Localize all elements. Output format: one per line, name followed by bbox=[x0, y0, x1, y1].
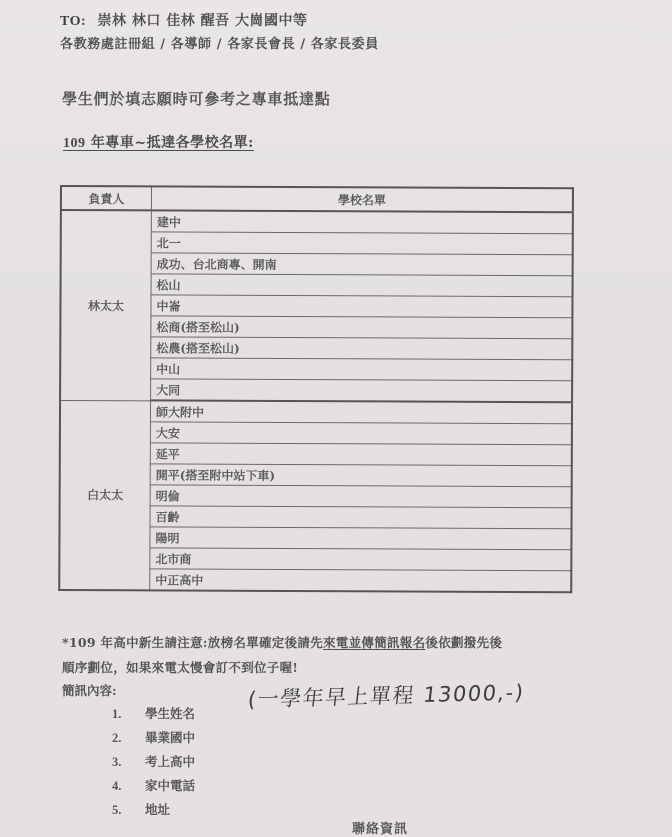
recipients-line: TO: 崇林 林口 佳林 醒吾 大崗國中等 bbox=[60, 10, 308, 30]
school-cell: 北一 bbox=[151, 232, 573, 255]
school-cell: 大安 bbox=[150, 422, 572, 445]
school-cell: 師大附中 bbox=[150, 400, 572, 423]
notice-prefix: *109 年高中新生請注意:放榜名單確定後請先 bbox=[62, 635, 323, 650]
item-number: 2. bbox=[112, 731, 145, 746]
list-item: 4.家中電話 bbox=[112, 776, 195, 800]
school-cell: 陽明 bbox=[150, 527, 572, 550]
item-text: 地址 bbox=[145, 802, 170, 817]
table-header-row: 負責人 學校名單 bbox=[61, 186, 573, 212]
school-cell: 中正高中 bbox=[150, 569, 572, 592]
school-bus-table: 負責人 學校名單 林太太 建中 北一 成功、台北商專、開南 松山 中崙 松商(搭… bbox=[58, 185, 574, 593]
header-schools: 學校名單 bbox=[151, 186, 573, 212]
school-cell: 松商(搭至松山) bbox=[151, 316, 573, 339]
to-label: TO: bbox=[60, 14, 86, 29]
sms-content-label: 簡訊內容: bbox=[62, 681, 117, 699]
header-person: 負責人 bbox=[61, 186, 152, 210]
contact-info-heading: 聯絡資訊 bbox=[352, 818, 408, 837]
item-text: 考上高中 bbox=[145, 754, 195, 769]
list-item: 1.學生姓名 bbox=[112, 704, 195, 728]
school-cell: 成功、台北商專、開南 bbox=[151, 253, 573, 276]
person-cell: 白太太 bbox=[59, 400, 150, 590]
registration-notice-line2: 順序劃位，如果來電太慢會訂不到位子喔! bbox=[62, 658, 298, 676]
subtitle-year: 109 bbox=[63, 136, 86, 151]
recipients-schools: 崇林 林口 佳林 醒吾 大崗國中等 bbox=[98, 13, 308, 29]
school-cell: 中山 bbox=[151, 358, 573, 381]
school-cell: 中崙 bbox=[151, 295, 573, 318]
cc-line: 各教務處註冊組 / 各導師 / 各家長會長 / 各家長委員 bbox=[60, 33, 379, 52]
notice-underlined: 來電並傳簡訊報名 bbox=[323, 635, 425, 650]
school-cell: 松農(搭至松山) bbox=[151, 337, 573, 360]
notice-suffix: 後依劃撥先後 bbox=[425, 635, 502, 650]
list-item: 2.畢業國中 bbox=[112, 728, 195, 752]
school-cell: 百齡 bbox=[150, 506, 572, 529]
item-number: 4. bbox=[112, 779, 145, 794]
subtitle-text: 年專車~抵達各學校名單: bbox=[86, 135, 254, 151]
school-cell: 松山 bbox=[151, 274, 573, 297]
school-cell: 明倫 bbox=[150, 485, 572, 508]
table-row: 林太太 建中 bbox=[61, 210, 573, 234]
school-cell: 北市商 bbox=[150, 548, 572, 571]
sms-content-list: 1.學生姓名 2.畢業國中 3.考上高中 4.家中電話 5.地址 bbox=[112, 704, 195, 824]
section-subtitle: 109 年專車~抵達各學校名單: bbox=[63, 132, 254, 152]
item-text: 家中電話 bbox=[145, 778, 195, 793]
table-row: 白太太 師大附中 bbox=[60, 400, 572, 424]
list-item: 3.考上高中 bbox=[112, 752, 195, 776]
registration-notice: *109 年高中新生請注意:放榜名單確定後請先來電並傳簡訊報名後依劃撥先後 bbox=[62, 633, 502, 651]
school-cell: 延平 bbox=[150, 443, 572, 466]
item-text: 學生姓名 bbox=[145, 706, 195, 721]
item-number: 3. bbox=[112, 755, 145, 770]
handwritten-price-note: (一學年早上單程 13000,-) bbox=[246, 676, 526, 713]
item-text: 畢業國中 bbox=[145, 730, 195, 745]
list-item: 5.地址 bbox=[112, 800, 195, 824]
page-title: 學生們於填志願時可參考之專車抵達點 bbox=[62, 88, 331, 109]
school-cell: 建中 bbox=[151, 210, 573, 233]
item-number: 1. bbox=[112, 707, 145, 722]
item-number: 5. bbox=[112, 803, 145, 818]
school-cell: 大同 bbox=[151, 379, 573, 402]
person-cell: 林太太 bbox=[60, 210, 151, 400]
school-cell: 開平(搭至附中站下車) bbox=[150, 464, 572, 487]
document-page: TO: 崇林 林口 佳林 醒吾 大崗國中等 各教務處註冊組 / 各導師 / 各家… bbox=[0, 0, 672, 837]
